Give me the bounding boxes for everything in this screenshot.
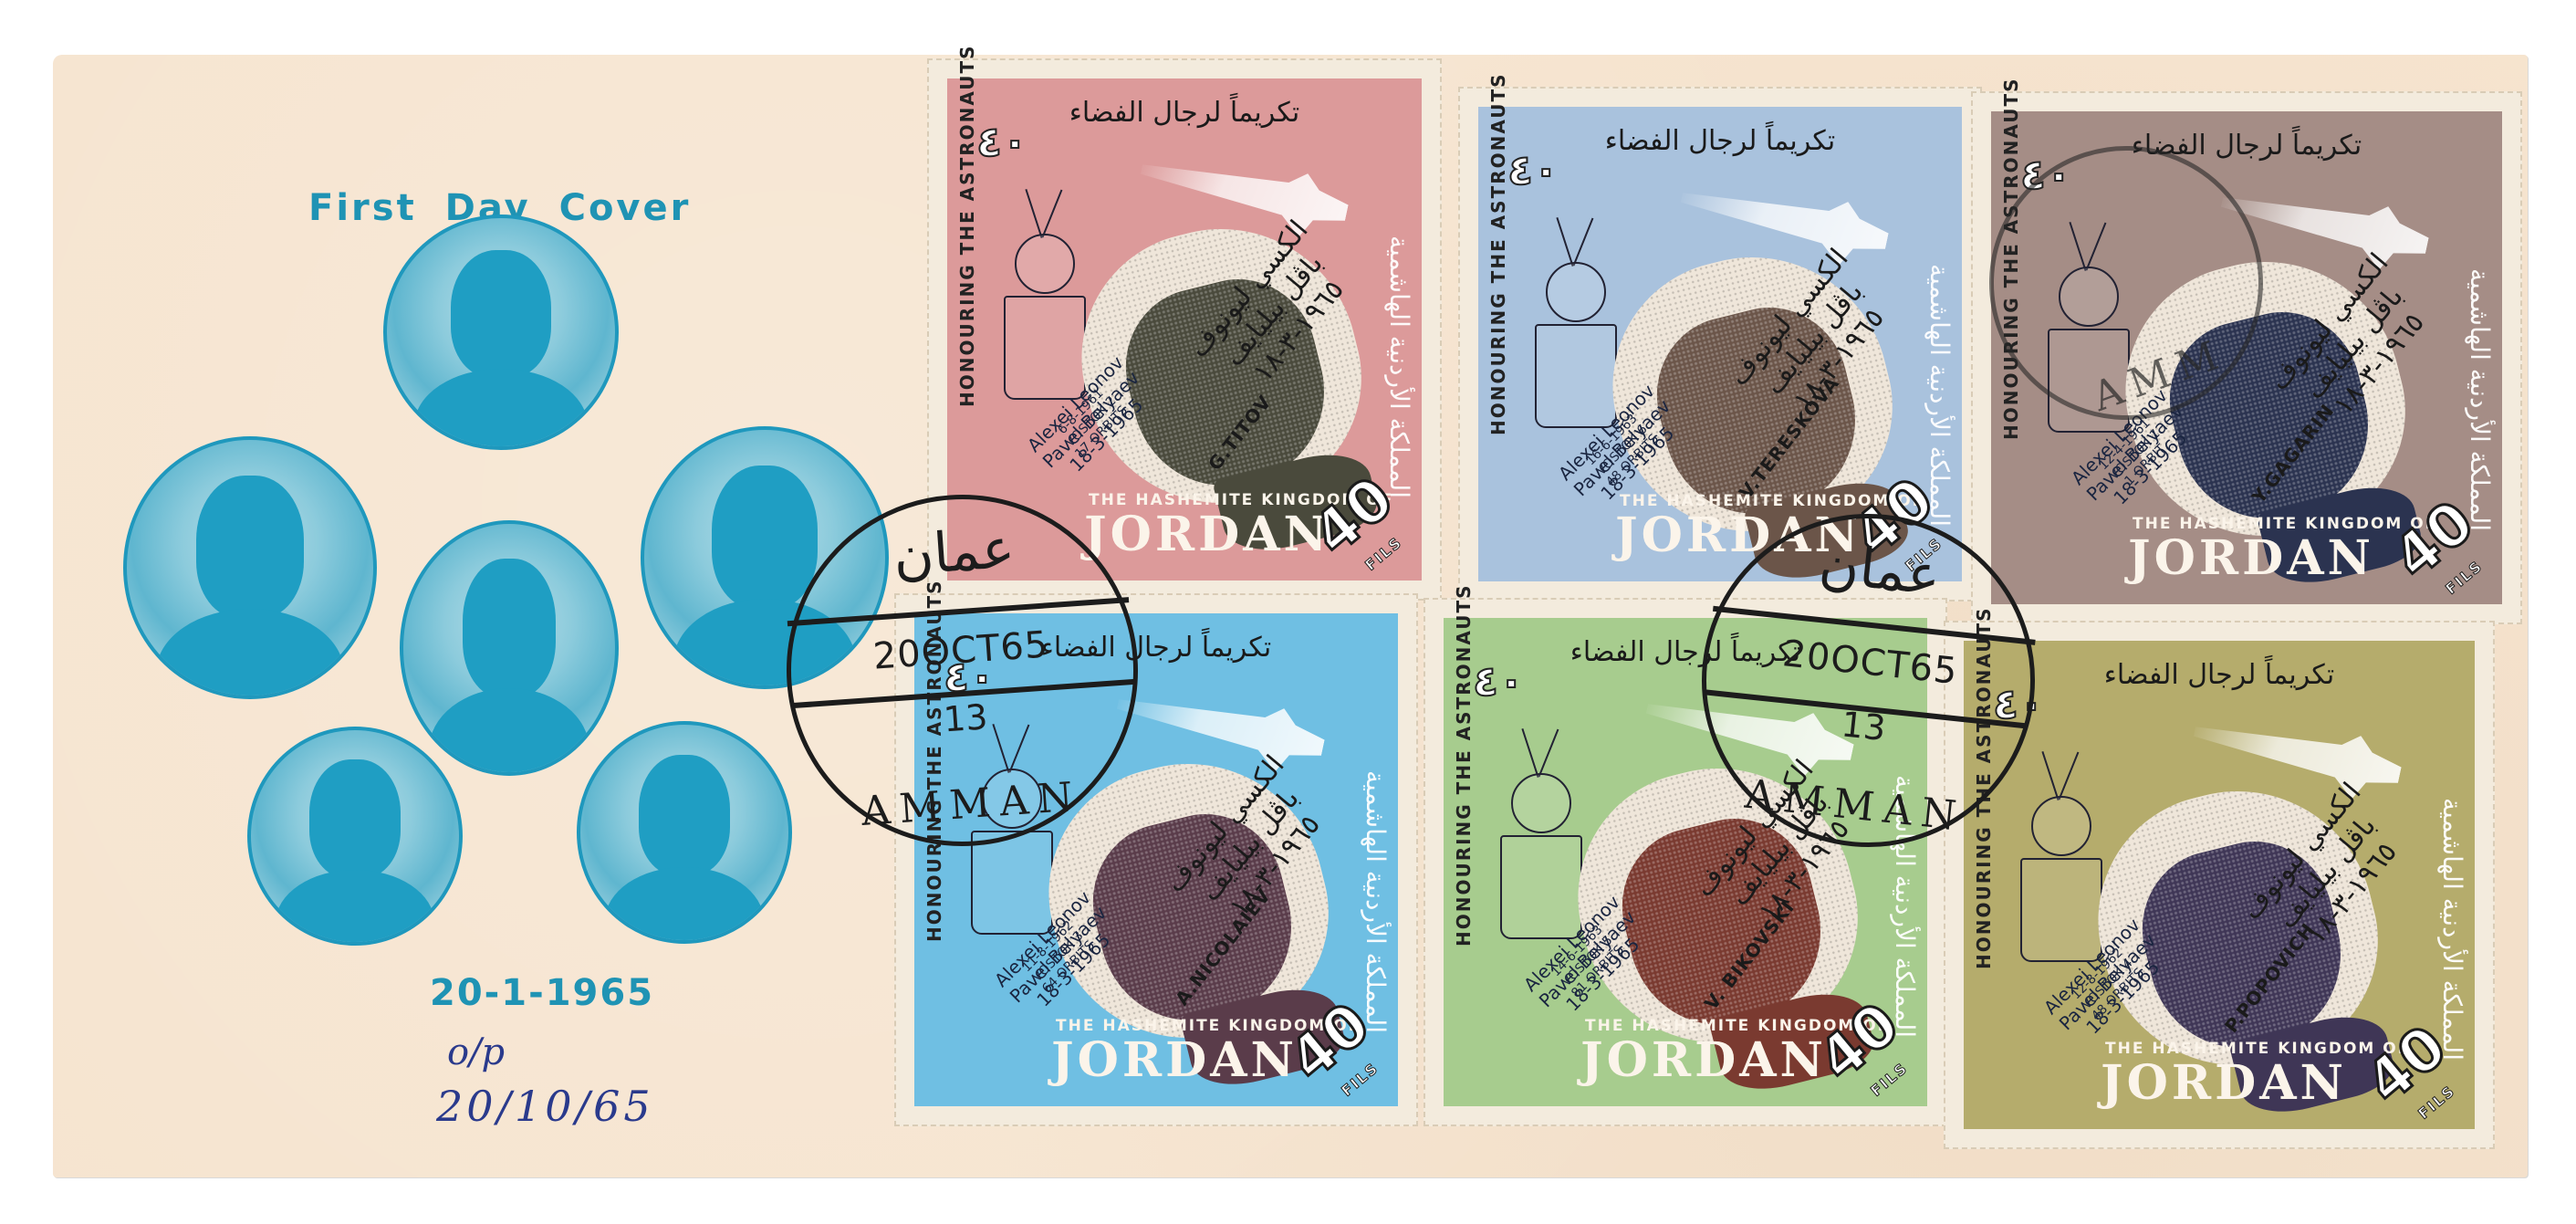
postmark-date: 20OCT65 — [788, 618, 1132, 684]
portrait-top — [383, 214, 619, 450]
stamp-honour-text: HONOURING THE ASTRONAUTS — [956, 44, 978, 407]
cover-issue-date: 20-1-1965 — [430, 972, 654, 1014]
portrait-center — [400, 520, 619, 776]
handwritten-overprint-note: o/p — [447, 1031, 505, 1073]
stamp-arabic-kingdom: المملكة الأردنية الهاشمية — [2431, 787, 2467, 1061]
handwritten-date: 20/10/65 — [436, 1082, 654, 1131]
stamp-arabic-value: ٤٠ — [1473, 656, 1524, 706]
vostok-capsule-icon — [1495, 755, 1586, 947]
stamp-arabic-value: ٤٠ — [1507, 145, 1559, 194]
stamp-country: JORDAN — [1051, 1032, 1298, 1088]
postmark-amman-left: عمان 20OCT65 13 AMMAN — [775, 483, 1150, 858]
stamp-honour-text: HONOURING THE ASTRONAUTS — [1453, 583, 1475, 947]
stamp-country: JORDAN — [2128, 530, 2374, 586]
portrait-upper-left — [123, 436, 377, 699]
postmark-number: 13 — [1700, 689, 2027, 763]
stamp-honour-text: HONOURING THE ASTRONAUTS — [1487, 72, 1509, 435]
postmark-amman-center: عمان 20OCT65 13 AMMAN — [1685, 497, 2051, 863]
stamp-country: JORDAN — [1580, 1032, 1827, 1088]
vostok-capsule-icon — [998, 215, 1090, 407]
stamp-arabic-kingdom: المملكة الأردنية الهاشمية — [1918, 253, 1955, 527]
stamp-design: تكريماً لرجال الفضاء ٤٠ HONOURING THE AS… — [1964, 641, 2475, 1129]
stamp-country: JORDAN — [2101, 1055, 2347, 1111]
portrait-lower-right — [577, 721, 792, 944]
stamp-arabic-kingdom: المملكة الأردنية الهاشمية — [1378, 225, 1414, 498]
vostok-capsule-icon — [1529, 244, 1621, 435]
vostok-capsule-icon — [2015, 778, 2106, 969]
stamp-arabic-value: ٤٠ — [976, 117, 1027, 166]
stamp-design: تكريماً لرجال الفضاء ٤٠ HONOURING THE AS… — [1478, 107, 1962, 581]
stamp-arabic-kingdom: المملكة الأردنية الهاشمية — [1354, 759, 1391, 1033]
stamp-arabic-kingdom: المملكة الأردنية الهاشمية — [2458, 257, 2495, 531]
portrait-lower-left — [247, 727, 463, 946]
